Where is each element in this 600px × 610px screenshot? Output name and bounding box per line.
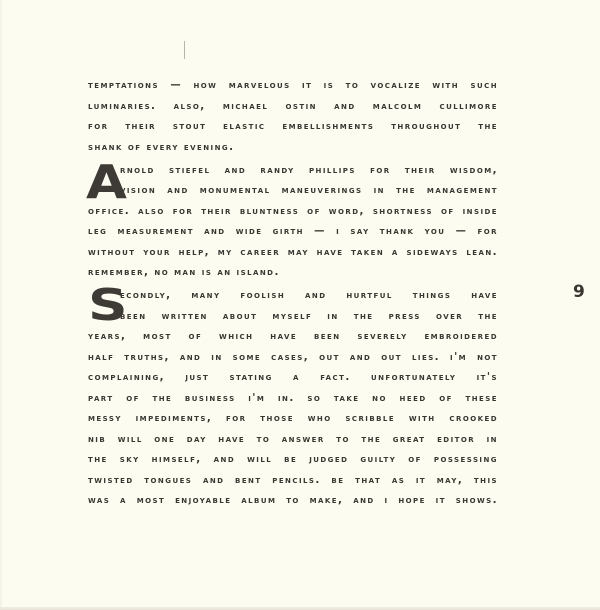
text-line: leg measurement and wide girth — I say t… bbox=[88, 221, 498, 242]
paragraph-temptations: Temptations — how marvelous it is to voc… bbox=[88, 75, 498, 157]
text-line: been written about myself in the press o… bbox=[120, 306, 498, 327]
text-line: Remember, no man is an island. bbox=[88, 262, 498, 283]
paragraph-management: A rnold Stiefel and Randy Phillips for t… bbox=[88, 160, 498, 283]
text-line: shank of every evening. bbox=[88, 137, 498, 158]
text-line: luminaries. Also, Michael Ostin and Malc… bbox=[88, 96, 498, 117]
liner-notes-text: Temptations — how marvelous it is to voc… bbox=[88, 75, 498, 511]
text-line: Temptations — how marvelous it is to voc… bbox=[88, 75, 498, 96]
text-line: vision and monumental maneuverings in th… bbox=[120, 180, 498, 201]
text-line: years, most of which have been severely … bbox=[88, 326, 498, 347]
text-line: without your help, my career may have ta… bbox=[88, 242, 498, 263]
page-number: 9 bbox=[573, 282, 585, 302]
page-edge bbox=[0, 0, 2, 610]
text-line: econdly, many foolish and hurtful things… bbox=[120, 285, 498, 306]
drop-cap: S bbox=[88, 286, 128, 326]
text-line: part of the business I'm in. So take no … bbox=[88, 388, 498, 409]
scan-mark bbox=[184, 41, 185, 59]
drop-cap: A bbox=[86, 162, 127, 202]
text-line: twisted tongues and bent pencils. Be tha… bbox=[88, 470, 498, 491]
paragraph-press: S econdly, many foolish and hurtful thin… bbox=[88, 285, 498, 511]
text-line: half truths, and in some cases, out and … bbox=[88, 347, 498, 368]
text-line: for their stout elastic embellishments t… bbox=[88, 116, 498, 137]
text-line: messy impediments, for those who scribbl… bbox=[88, 408, 498, 429]
text-line: was a most enjoyable album to make, and … bbox=[88, 490, 498, 511]
text-line: complaining, just stating a fact. Unfort… bbox=[88, 367, 498, 388]
text-line: the sky Himself, and will be judged guil… bbox=[88, 449, 498, 470]
text-line: nib will one day have to answer to the g… bbox=[88, 429, 498, 450]
text-line: rnold Stiefel and Randy Phillips for the… bbox=[120, 160, 498, 181]
text-line: office. also for their bluntness of word… bbox=[88, 201, 498, 222]
